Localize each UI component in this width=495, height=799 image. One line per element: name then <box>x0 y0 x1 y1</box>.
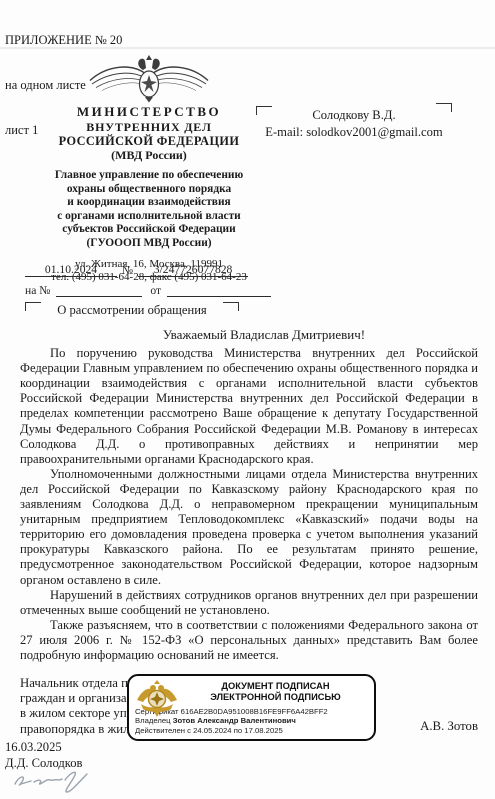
recipient-email: E-mail: solodkov2001@gmail.com <box>256 124 452 141</box>
ministry-name-line: РОССИЙСКОЙ ФЕДЕРАЦИИ <box>30 134 268 148</box>
department-line: с органами исполнительной власти <box>30 210 268 224</box>
outgoing-row: 01.10.2024 № 3/247726077828 <box>25 263 277 277</box>
reference-row: на № от <box>25 284 277 297</box>
body-paragraph: Также разъясняем, что в соответствии с п… <box>20 618 478 663</box>
stamp-title-line: ДОКУМЕНТ ПОДПИСАН <box>181 681 370 692</box>
recipient-block: Солодкову В.Д. E-mail: solodkov2001@gmai… <box>256 98 452 141</box>
stamp-eagle-emblem-icon <box>135 680 179 718</box>
subject-text: О рассмотрении обращения <box>25 298 239 318</box>
outgoing-date: 01.10.2024 <box>25 263 117 277</box>
stamp-validity-line: Действителен с 24.05.2024 по 17.08.2025 <box>135 726 369 736</box>
greeting: Уважаемый Владислав Дмитриевич! <box>50 327 478 342</box>
applicant-date: 16.03.2025 <box>5 739 83 755</box>
subject-block: О рассмотрении обращения <box>25 298 239 318</box>
body-paragraph: Нарушений в действиях сотрудников органо… <box>20 588 478 618</box>
attachment-note-line: ПРИЛОЖЕНИЕ № 20 <box>5 33 122 48</box>
validity-label: Действителен <box>135 726 185 735</box>
department-block: Главное управление по обеспечению охраны… <box>30 169 268 251</box>
department-line: субъектов Российской Федерации <box>30 223 268 237</box>
handwritten-signature <box>10 767 105 795</box>
corner-mark-icon <box>223 302 239 311</box>
department-line: и координации взаимодействия <box>30 196 268 210</box>
electronic-signature-stamp: ДОКУМЕНТ ПОДПИСАН ЭЛЕКТРОННОЙ ПОДПИСЬЮ С… <box>127 674 376 741</box>
corner-mark-icon <box>25 302 41 311</box>
number-sign: № <box>122 264 133 277</box>
reference-na-label: на № <box>25 284 50 297</box>
body-paragraph: Уполномоченными должностными лицами отде… <box>20 467 478 588</box>
separator-line <box>0 47 495 49</box>
letterhead: МИНИСТЕРСТВО ВНУТРЕННИХ ДЕЛ РОССИЙСКОЙ Ф… <box>30 53 268 284</box>
body-paragraph: По поручению руководства Министерства вн… <box>20 346 478 467</box>
ministry-name-line: ВНУТРЕННИХ ДЕЛ <box>30 120 268 134</box>
recipient-name: Солодкову В.Д. <box>256 107 452 124</box>
date-number-block: 01.10.2024 № 3/247726077828 на № от <box>25 263 277 297</box>
department-line: охраны общественного порядка <box>30 183 268 197</box>
validity-value: с 24.05.2024 по 17.08.2025 <box>187 726 283 735</box>
mvd-eagle-emblem-icon <box>87 53 211 103</box>
reference-number-blank <box>56 296 142 297</box>
corner-mark-icon <box>436 103 452 112</box>
scanned-letter-page: ПРИЛОЖЕНИЕ № 20 на одном листе лист 1 <box>0 0 495 799</box>
certificate-value: 616AE2B0DA951008B16FE9FF6A42BFF2 <box>181 707 328 716</box>
outgoing-number: 3/247726077828 <box>138 263 248 277</box>
corner-mark-icon <box>256 106 272 115</box>
signer-name: А.В. Зотов <box>420 719 478 734</box>
owner-value: Зотов Александр Валентинович <box>173 716 296 725</box>
reference-date-blank <box>167 296 271 297</box>
ministry-name-line: (МВД России) <box>30 148 268 162</box>
stamp-title-line: ЭЛЕКТРОННОЙ ПОДПИСЬЮ <box>181 692 370 703</box>
ministry-name-line: МИНИСТЕРСТВО <box>30 104 268 120</box>
reference-ot-label: от <box>150 284 161 297</box>
department-line: Главное управление по обеспечению <box>30 169 268 183</box>
department-line: (ГУОООП МВД России) <box>30 237 268 251</box>
